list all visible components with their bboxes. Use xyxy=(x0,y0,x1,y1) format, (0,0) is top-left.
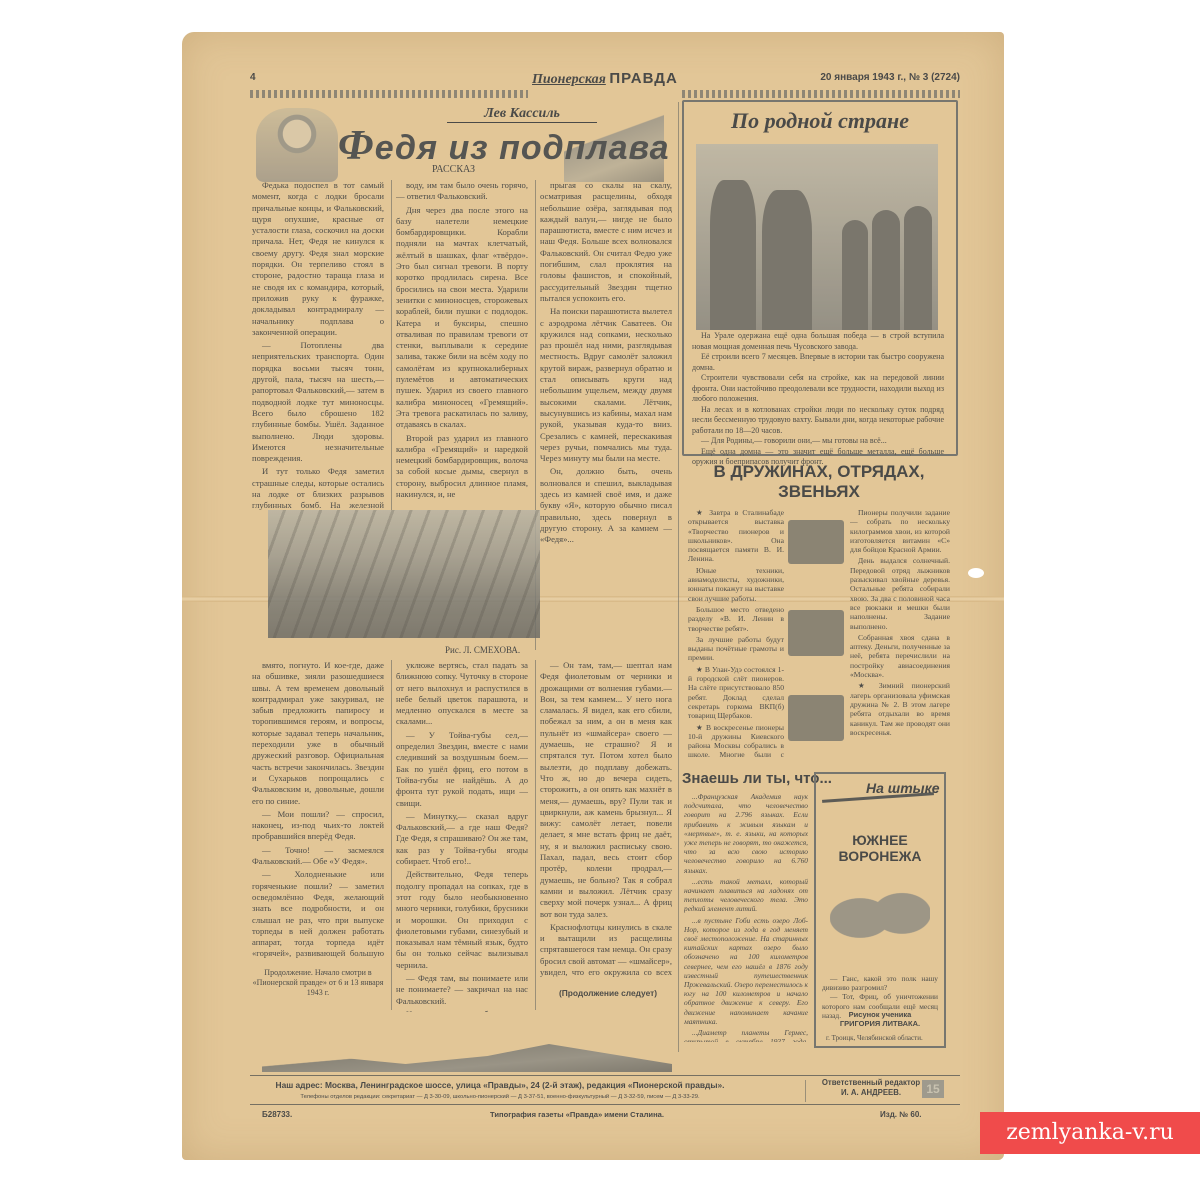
blast-furnace-illustration xyxy=(696,144,938,330)
druzhiny-item: Большое место отведено разделу «В. И. Ле… xyxy=(688,605,784,633)
column-rule xyxy=(535,660,536,1010)
story-paragraph: И мы стали карабкаться на сопку, чтобы с… xyxy=(396,1009,528,1012)
story-paragraph: воду, им там было очень горячо,— ответил… xyxy=(396,180,528,203)
druzhiny-item: ★ Завтра в Сталинабаде открывается выста… xyxy=(688,508,784,564)
story-column-2: воду, им там было очень горячо,— ответил… xyxy=(396,180,528,510)
story-paragraph: — Минутку,— сказал вдруг Фальковский,— а… xyxy=(396,811,528,867)
dateline: 20 января 1943 г., № 3 (2724) xyxy=(820,72,960,83)
know-item: ...Французская Академия наук подсчитала,… xyxy=(684,792,808,875)
story-paragraph: уклюже вертясь, стал падать за ближнюю с… xyxy=(396,660,528,728)
story-paragraph: Он, должно быть, очень волновался и спеш… xyxy=(540,466,672,545)
column-rule xyxy=(391,660,392,1010)
druzhiny-item: ★ В воскресенье пионеры 10-й дружины Кие… xyxy=(688,723,784,758)
rodina-paragraph: — Для Родины,— говорили они,— мы готовы … xyxy=(692,436,944,447)
story-paragraph: — Потоплены два неприятельских транспорт… xyxy=(252,340,384,464)
know-title: Знаешь ли ты, что... xyxy=(682,770,832,787)
rodina-paragraph: На Урале одержана ещё одна большая побед… xyxy=(692,331,944,352)
header-ornament-right xyxy=(682,90,960,98)
story-paragraph: — Он там, там,— шептал нам Федя фиолетов… xyxy=(540,660,672,920)
story-column-5: уклюже вертясь, стал падать за ближнюю с… xyxy=(396,660,528,1012)
rodina-title: По родной стране xyxy=(684,108,956,134)
cartoon-place: г. Троицк, Челябинской области. xyxy=(826,1034,923,1042)
druzhiny-item: Пионеры получили задание — собрать по не… xyxy=(850,508,950,554)
druzhiny-right-column: Пионеры получили задание — собрать по не… xyxy=(850,508,950,758)
rodina-paragraph: Строители чувствовали себя на стройке, к… xyxy=(692,373,944,405)
rodina-paragraph: На лесах и в котлованах стройки люди по … xyxy=(692,405,944,437)
know-item: ...Диаметр планеты Гермес, открытой в ок… xyxy=(684,1028,808,1042)
footer-address: Наш адрес: Москва, Ленинградское шоссе, … xyxy=(250,1080,750,1091)
druzhiny-item: ★ Зимний пионерский лагерь организовала … xyxy=(850,681,950,737)
continuation-note: Продолжение. Начало смотри в «Пионерской… xyxy=(252,968,384,1012)
story-title: Федя из подплава xyxy=(338,122,669,170)
story-paragraph: — Федя там, вы понимаете или не понимает… xyxy=(396,973,528,1007)
story-author: Лев Кассиль xyxy=(447,106,597,123)
story-paragraph: — У Тойва-губы сел,— определил Звездин, … xyxy=(396,730,528,809)
story-paragraph: На поиски парашютиста вылетел с аэродром… xyxy=(540,306,672,464)
story-column-1: Федька подоспел в тот самый момент, когд… xyxy=(252,180,384,510)
header-ornament-left xyxy=(250,90,528,98)
story-heading: Лев Кассиль Федя из подплава РАССКАЗ xyxy=(252,102,664,182)
price-logo: 15 xyxy=(922,1080,944,1098)
footer-phones: Телефоны отделов редакции: секретариат —… xyxy=(250,1093,750,1101)
rodina-text: На Урале одержана ещё одна большая побед… xyxy=(692,331,944,468)
rubric-title: На штыке xyxy=(866,780,940,796)
edition-number: Изд. № 60. xyxy=(880,1110,922,1119)
story-column-3: прыгая со скалы на скалу, осматривая рас… xyxy=(540,180,672,658)
pioneers-woodcut-1 xyxy=(788,520,844,564)
cartoon-credit: Рисунок ученика ГРИГОРИЯ ЛИТВАКА. xyxy=(822,1010,938,1028)
story-paragraph: Второй раз ударил из главного калибра «Г… xyxy=(396,433,528,501)
marines-running-illustration xyxy=(268,510,540,638)
druzhiny-item: За лучшие работы будут выданы почётные г… xyxy=(688,635,784,663)
cartoon-headline: ЮЖНЕЕ ВОРОНЕЖА xyxy=(816,832,944,864)
story-column-6: — Он там, там,— шептал нам Федя фиолетов… xyxy=(540,660,672,980)
druzhiny-title: В ДРУЖИНАХ, ОТРЯДАХ, ЗВЕНЬЯХ xyxy=(688,462,950,502)
masthead-caps: ПРАВДА xyxy=(609,70,677,87)
footer-divider xyxy=(805,1080,806,1102)
illustration-credit: Рис. Л. СМЕХОВА. xyxy=(445,645,520,655)
know-text: ...Французская Академия наук подсчитала,… xyxy=(684,792,808,1042)
watermark[interactable]: zemlyanka-v.ru xyxy=(980,1112,1200,1154)
to-be-continued: (Продолжение следует) xyxy=(548,988,668,1002)
masthead: Пионерская ПРАВДА xyxy=(532,70,678,88)
know-item: ...в пустыне Гоби есть озеро Лоб-Нор, ко… xyxy=(684,916,808,1026)
editor-credit: Ответственный редактор И. А. АНДРЕЕВ. xyxy=(812,1078,930,1098)
na-shtyke-box: На штыке ЮЖНЕЕ ВОРОНЕЖА — Ганс, какой эт… xyxy=(814,772,946,1048)
column-rule xyxy=(391,180,392,510)
rodina-paragraph: Её строили всего 7 месяцев. Впервые в ис… xyxy=(692,352,944,373)
printer-line: Типография газеты «Правда» имени Сталина… xyxy=(490,1110,664,1119)
story-paragraph: Краснофлотцы кинулись в скале и вытащили… xyxy=(540,922,672,980)
order-number: Б28733. xyxy=(262,1110,292,1119)
boy-portrait-illustration xyxy=(256,108,338,182)
column-rule xyxy=(678,102,679,1052)
story-paragraph: прыгая со скалы на скалу, осматривая рас… xyxy=(540,180,672,304)
story-paragraph: Федька подоспел в тот самый момент, когд… xyxy=(252,180,384,338)
pioneers-woodcut-2 xyxy=(788,610,844,656)
page-number: 4 xyxy=(250,72,256,83)
footer-rule xyxy=(250,1104,960,1105)
story-genre: РАССКАЗ xyxy=(432,164,475,175)
story-paragraph: Действительно, Федя теперь подолгу пропа… xyxy=(396,869,528,971)
story-paragraph: И тут только Федя заметил страшные следы… xyxy=(252,466,384,510)
druzhiny-item: Собранная хвоя сдана в аптеку. Деньги, п… xyxy=(850,633,950,679)
druzhiny-item: Юные техники, авиамоделисты, художники, … xyxy=(688,566,784,603)
story-paragraph: — Точно! — засмеялся Фальковский.— Обе «… xyxy=(252,845,384,868)
know-item: ...есть такой металл, который начинает п… xyxy=(684,877,808,914)
masthead-script: Пионерская xyxy=(532,72,606,87)
story-paragraph: вмято, погнуто. И кое-где, даже на обшив… xyxy=(252,660,384,807)
footer-rule xyxy=(250,1075,960,1076)
story-paragraph: — Мои пошли? — спросил, наконец, из-под … xyxy=(252,809,384,843)
pioneers-woodcut-3 xyxy=(788,695,844,741)
druzhiny-item: День выдался солнечный. Передовой отряд … xyxy=(850,556,950,630)
druzhiny-left-column: ★ Завтра в Сталинабаде открывается выста… xyxy=(688,508,784,758)
story-paragraph: Дня через два после этого на базу налете… xyxy=(396,205,528,431)
story-paragraph: — Холодненькие или горяченькие пошли? — … xyxy=(252,869,384,960)
two-soldiers-cartoon xyxy=(830,872,930,964)
newspaper-header: 4 Пионерская ПРАВДА 20 января 1943 г., №… xyxy=(250,70,960,100)
paper-tear xyxy=(968,568,984,578)
story-column-4: вмято, погнуто. И кое-где, даже на обшив… xyxy=(252,660,384,960)
dialogue-line: — Ганс, какой это полк нашу дивизию разг… xyxy=(822,974,938,992)
druzhiny-item: ★ В Улан-Удэ состоялся 1-й городской слё… xyxy=(688,665,784,721)
